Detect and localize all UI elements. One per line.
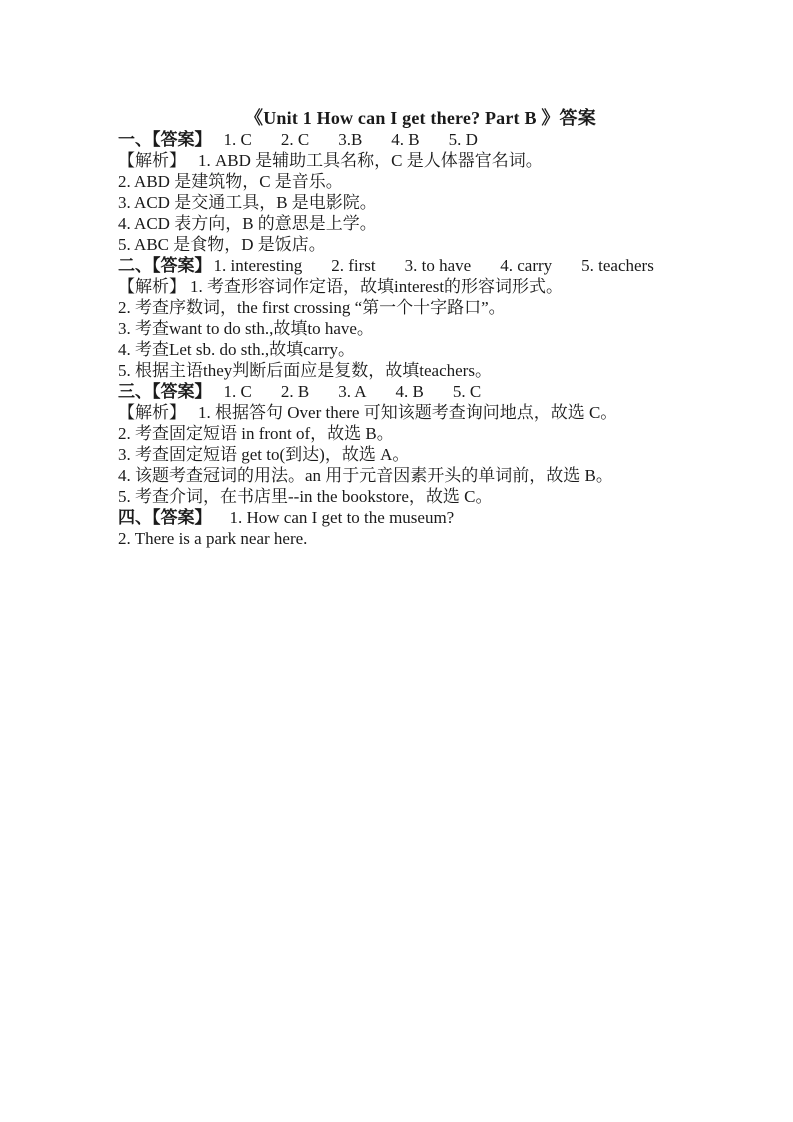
section-2-analysis-line-1: 【解析】1. 考查形容词作定语，故填interest的形容词形式。 xyxy=(118,276,723,297)
section-3-analysis-line-1: 【解析】1. 根据答句 Over there 可知该题考查询问地点，故选 C。 xyxy=(118,402,723,423)
section-3-analysis-item-1: 1. 根据答句 Over there 可知该题考查询问地点，故选 C。 xyxy=(198,403,617,422)
section-2-analysis-label: 【解析】 xyxy=(118,277,186,296)
section-1-answer-2: 2. C xyxy=(281,130,309,149)
section-3-answers-line: 三、【答案】1. C2. B3. A4. B5. C xyxy=(118,381,723,402)
section-2-answer-2: 2. first xyxy=(331,256,375,275)
section-2-analysis-item-4: 4. 考查Let sb. do sth.,故填carry。 xyxy=(118,339,723,360)
section-1-analysis-item-4: 4. ACD 表方向，B 的意思是上学。 xyxy=(118,213,723,234)
section-4-answer-1: 1. How can I get to the museum? xyxy=(230,508,455,527)
section-2-answers-line: 二、【答案】1. interesting2. first3. to have4.… xyxy=(118,255,723,276)
document-page: 《Unit 1 How can I get there? Part B 》答案 … xyxy=(0,0,793,1122)
section-3-answer-5: 5. C xyxy=(453,382,481,401)
section-3-answer-1: 1. C xyxy=(224,382,252,401)
section-3-answer-3: 3. A xyxy=(338,382,366,401)
section-1-answer-3: 3.B xyxy=(338,130,362,149)
section-1-analysis-line-1: 【解析】1. ABD 是辅助工具名称，C 是人体器官名词。 xyxy=(118,150,723,171)
section-1-analysis-item-3: 3. ACD 是交通工具，B 是电影院。 xyxy=(118,192,723,213)
section-2-answer-label: 二、【答案】 xyxy=(118,256,212,275)
section-3-answer-4: 4. B xyxy=(396,382,424,401)
section-1-analysis-label: 【解析】 xyxy=(118,151,186,170)
section-2-answer-1: 1. interesting xyxy=(214,256,303,275)
section-3-answer-label: 三、【答案】 xyxy=(118,382,212,401)
section-2-analysis-item-1: 1. 考查形容词作定语，故填interest的形容词形式。 xyxy=(190,277,563,296)
section-2-analysis-item-2: 2. 考查序数词，the first crossing “第一个十字路口”。 xyxy=(118,297,723,318)
section-4-answer-2: 2. There is a park near here. xyxy=(118,528,723,549)
section-2-answer-5: 5. teachers xyxy=(581,256,654,275)
section-1-answer-4: 4. B xyxy=(391,130,419,149)
section-1-analysis-item-1: 1. ABD 是辅助工具名称，C 是人体器官名词。 xyxy=(198,151,543,170)
section-3-analysis-item-4: 4. 该题考查冠词的用法。an 用于元音因素开头的单词前，故选 B。 xyxy=(118,465,723,486)
section-3-analysis-item-3: 3. 考查固定短语 get to(到达)，故选 A。 xyxy=(118,444,723,465)
section-3-analysis-item-5: 5. 考查介词，在书店里--in the bookstore，故选 C。 xyxy=(118,486,723,507)
section-2-analysis-item-5: 5. 根据主语they判断后面应是复数，故填teachers。 xyxy=(118,360,723,381)
section-3-answer-2: 2. B xyxy=(281,382,309,401)
section-2-analysis-item-3: 3. 考查want to do sth.,故填to have。 xyxy=(118,318,723,339)
section-1-answer-5: 5. D xyxy=(449,130,478,149)
section-3-analysis-label: 【解析】 xyxy=(118,403,186,422)
section-4-answer-label: 四、【答案】 xyxy=(118,508,212,527)
section-1-answers-line: 一、【答案】1. C2. C3.B4. B5. D xyxy=(118,129,723,150)
section-1-answer-1: 1. C xyxy=(224,130,252,149)
document-title: 《Unit 1 How can I get there? Part B 》答案 xyxy=(118,108,723,129)
section-4-answers-line: 四、【答案】1. How can I get to the museum? xyxy=(118,507,723,528)
section-1-analysis-item-5: 5. ABC 是食物，D 是饭店。 xyxy=(118,234,723,255)
section-1-analysis-item-2: 2. ABD 是建筑物，C 是音乐。 xyxy=(118,171,723,192)
section-3-analysis-item-2: 2. 考查固定短语 in front of，故选 B。 xyxy=(118,423,723,444)
section-2-answer-4: 4. carry xyxy=(500,256,552,275)
section-2-answer-3: 3. to have xyxy=(405,256,472,275)
section-1-answer-label: 一、【答案】 xyxy=(118,130,212,149)
